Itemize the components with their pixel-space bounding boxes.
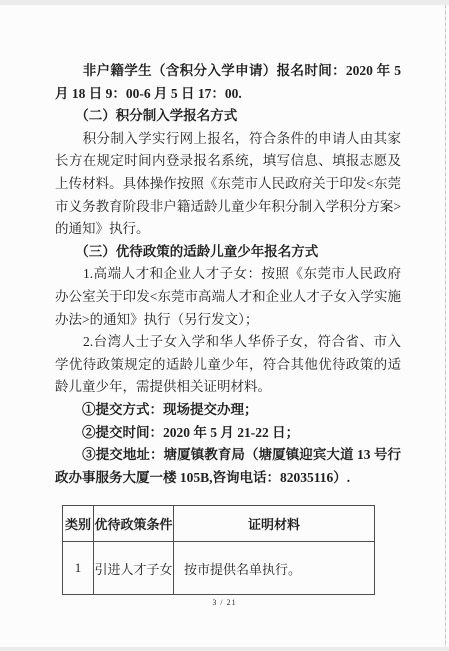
table-header-row: 类别 优待政策条件 证明材料 <box>63 506 375 542</box>
header-category: 类别 <box>63 506 94 542</box>
text-line: 月 18 日 9：00-6 月 5 日 17：00. <box>55 83 401 106</box>
text-line: 龄儿童少年，需提供相关证明材料。 <box>55 376 401 399</box>
body-text: 非户籍学生（含积分入学申请）报名时间：2020 年 5月 18 日 9：00-6… <box>55 60 401 489</box>
text-line: （二）积分制入学报名方式 <box>55 105 401 128</box>
text-line: 政办事服务大厦一楼 105B,咨询电话：82035116）. <box>55 467 401 490</box>
page-number: 3 / 21 <box>0 598 449 607</box>
text-line: 非户籍学生（含积分入学申请）报名时间：2020 年 5 <box>55 60 401 83</box>
text-line: ③提交地址：塘厦镇教育局（塘厦镇迎宾大道 13 号行 <box>55 444 401 467</box>
text-line: 上传材料。具体操作按照《东莞市人民政府关于印发<东莞 <box>55 173 401 196</box>
text-line: 的通知》执行。 <box>55 218 401 241</box>
header-materials: 证明材料 <box>174 506 375 542</box>
document-paper: 非户籍学生（含积分入学申请）报名时间：2020 年 5月 18 日 9：00-6… <box>0 5 449 647</box>
table-row: 1 引进人才子女 按市提供名单执行。 <box>63 542 375 595</box>
text-line: ①提交方式：现场提交办理； <box>55 399 401 422</box>
scanned-document-screenshot: { "page": { "background_color": "#ececec… <box>0 0 449 651</box>
text-line: 1.高端人才和企业人才子女：按照《东莞市人民政府 <box>55 263 401 286</box>
text-line: 办法>的通知》执行（另行发文）； <box>55 309 401 332</box>
text-line: 学优待政策规定的适龄儿童少年，符合其他优待政策的适 <box>55 354 401 377</box>
cell-materials: 按市提供名单执行。 <box>174 542 375 595</box>
policy-table: 类别 优待政策条件 证明材料 1 引进人才子女 按市提供名单执行。 <box>62 505 375 595</box>
text-line: （三）优待政策的适龄儿童少年报名方式 <box>55 241 401 264</box>
text-line: 2.台湾人士子女入学和华人华侨子女，符合省、市入 <box>55 331 401 354</box>
text-line: 长方在规定时间内登录报名系统，填写信息、填报志愿及 <box>55 150 401 173</box>
text-line: ②提交时间：2020 年 5 月 21-22 日； <box>55 422 401 445</box>
cell-condition: 引进人才子女 <box>94 542 174 595</box>
text-line: 市义务教育阶段非户籍适龄儿童少年积分制入学积分方案> <box>55 196 401 219</box>
text-line: 积分制入学实行网上报名，符合条件的申请人由其家 <box>55 128 401 151</box>
header-condition: 优待政策条件 <box>94 506 174 542</box>
text-line: 办公室关于印发<东莞市高端人才和企业人才子女入学实施 <box>55 286 401 309</box>
page-edge-line <box>445 5 446 647</box>
cell-category: 1 <box>63 542 94 595</box>
